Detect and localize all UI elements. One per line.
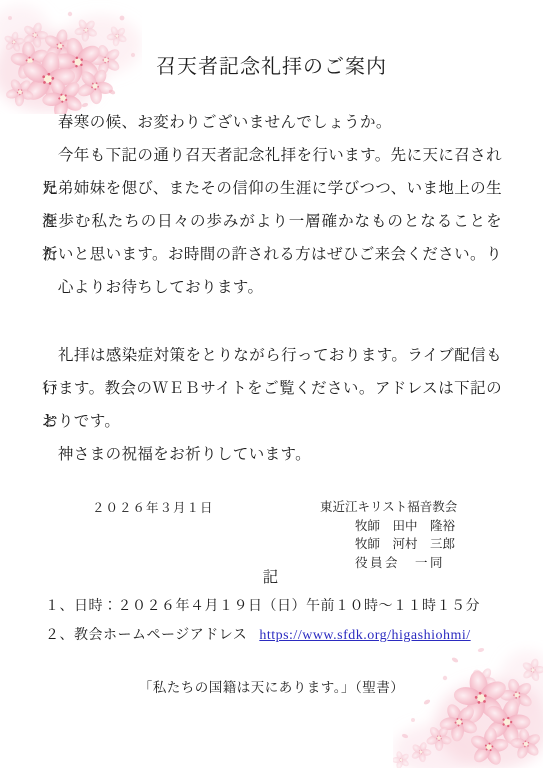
body-line: 心よりお待ちしております。 [42, 271, 502, 304]
greeting-paragraphs: 春寒の候、お変わりございませんでしょうか。 今年も下記の通り召天者記念礼拝を行い… [42, 106, 502, 304]
body-line: おりです。 [42, 405, 502, 438]
body-line: たいと思います。お時間の許される方はぜひご来会ください。 [42, 238, 502, 271]
notice-item-datetime: １、日時：２０２６年４月１９日（日）午前１０時〜１１時１５分 [45, 595, 480, 615]
pastor-name-1: 牧師 田中 隆裕 [320, 517, 457, 536]
page-title: 召天者記念礼拝のご案内 [0, 50, 543, 79]
body-line: を歩む私たちの日々の歩みがより一層確かなものとなることを祈り [42, 205, 502, 238]
body-line: 礼拝は感染症対策をとりながら行っております。ライブ配信も行 [42, 339, 502, 372]
letter-date: ２０２６年３月１日 [92, 498, 214, 516]
body-line: 春寒の候、お変わりございませんでしょうか。 [42, 106, 502, 139]
notice-heading: 記 [0, 565, 543, 587]
body-line: 今年も下記の通り召天者記念礼拝を行います。先に天に召された [42, 139, 502, 172]
notice-item-homepage: ２、教会ホームページアドレスhttps://www.sfdk.org/higas… [45, 624, 471, 644]
pastor-name-2: 牧師 河村 三郎 [320, 535, 457, 554]
body-line: います。教会のＷＥＢサイトをご覧ください。アドレスは下記のと [42, 372, 502, 405]
sakura-bottom-right-icon [393, 640, 543, 768]
homepage-link[interactable]: https://www.sfdk.org/higashiohmi/ [259, 628, 470, 643]
church-name: 東近江キリスト福音教会 [320, 498, 457, 517]
info-paragraphs: 礼拝は感染症対策をとりながら行っております。ライブ配信も行 います。教会のＷＥＢ… [42, 339, 502, 471]
letter-page: 召天者記念礼拝のご案内 春寒の候、お変わりございませんでしょうか。 今年も下記の… [0, 0, 543, 768]
signature-block: 東近江キリスト福音教会 牧師 田中 隆裕 牧師 河村 三郎 役員会 一同 [320, 498, 457, 572]
homepage-label: ２、教会ホームページアドレス [45, 628, 247, 643]
body-line: 神さまの祝福をお祈りしています。 [42, 438, 502, 471]
scripture-quote: 「私たちの国籍は天にあります。」（聖書） [0, 676, 543, 696]
body-line: 兄弟姉妹を偲び、またその信仰の生涯に学びつつ、いま地上の生涯 [42, 172, 502, 205]
